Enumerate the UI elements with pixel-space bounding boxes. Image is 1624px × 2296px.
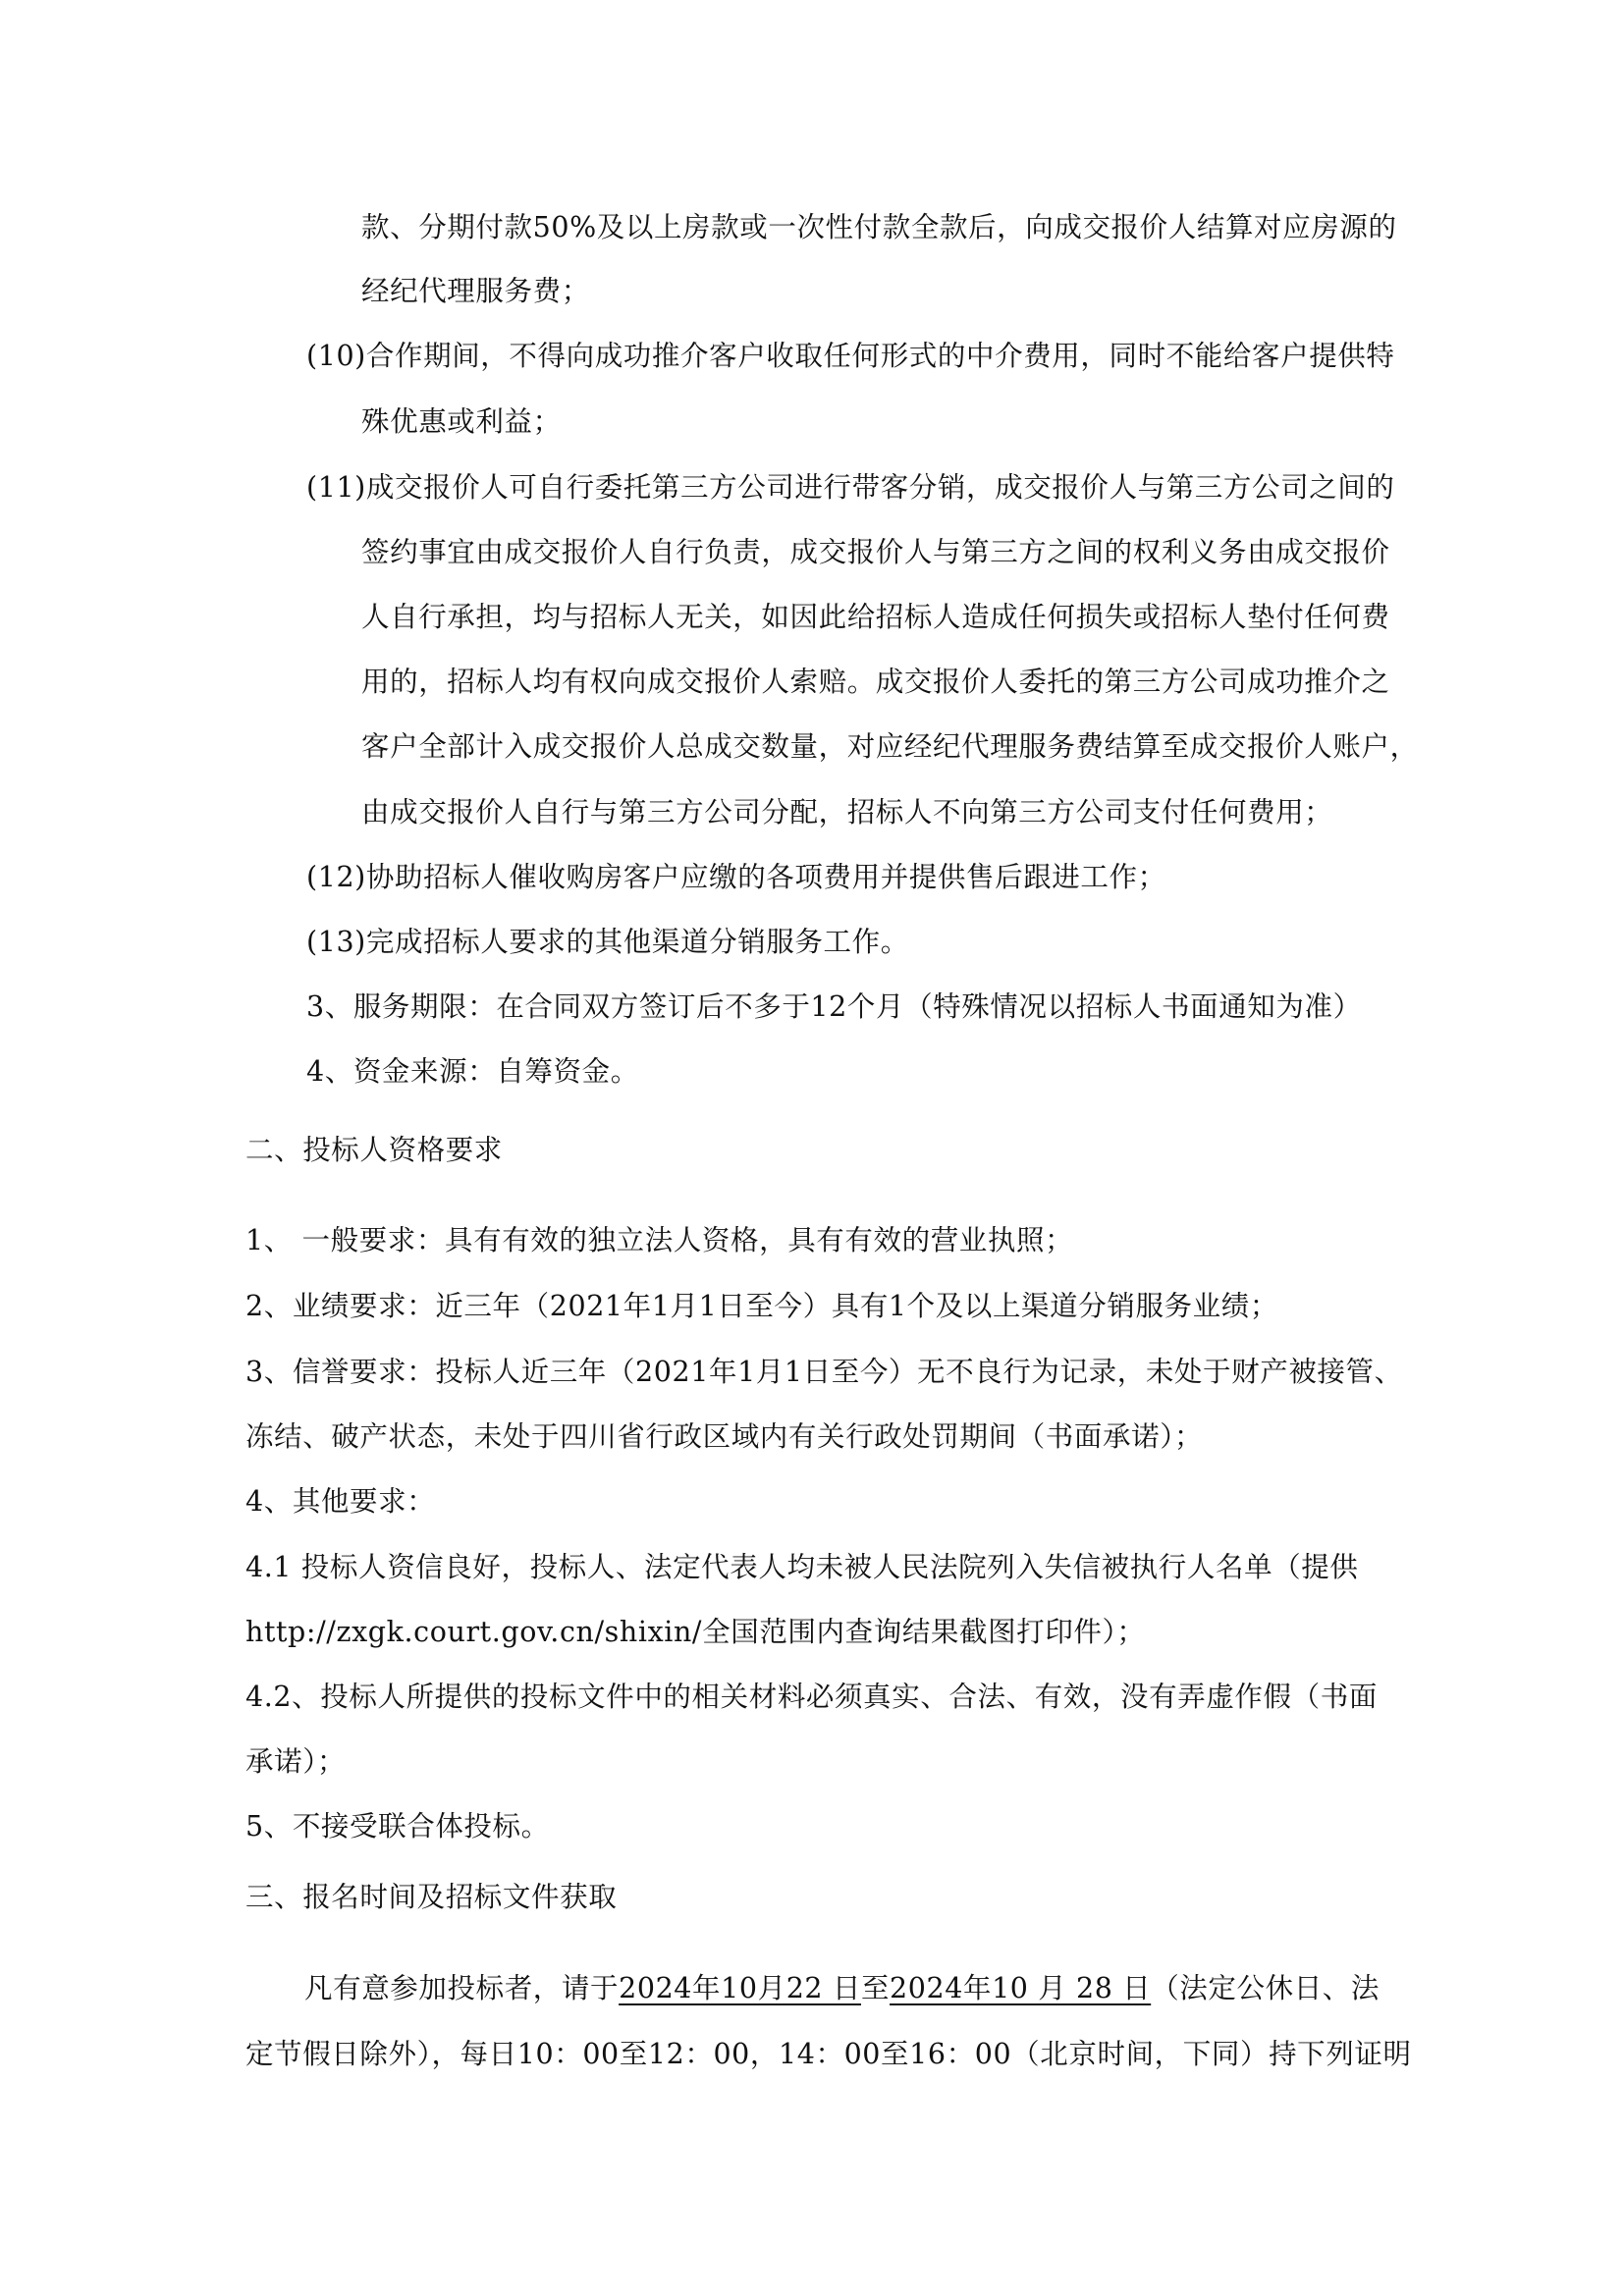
requirement-2: 2、业绩要求：近三年（2021年1月1日至今）具有1个及以上渠道分销服务业绩； [245, 1290, 1278, 1323]
requirement-4: 4、其他要求： [245, 1485, 435, 1519]
requirement-4-2-line-1: 4.2、投标人所提供的投标文件中的相关材料必须真实、合法、有效，没有弄虚作假（书… [245, 1681, 1378, 1714]
item-10-line-2: 殊优惠或利益； [361, 405, 562, 439]
section-3-heading: 三、报名时间及招标文件获取 [245, 1881, 617, 1914]
registration-suffix: （法定公休日、法 [1151, 1972, 1380, 2004]
section-2-heading: 二、投标人资格要求 [245, 1134, 503, 1167]
item-13: (13)完成招标人要求的其他渠道分销服务工作。 [306, 926, 909, 959]
registration-end-date: 2024年10 月 28 日 [890, 1972, 1151, 2004]
item-12: (12)协助招标人催收购房客户应缴的各项费用并提供售后跟进工作； [306, 861, 1166, 894]
registration-paragraph-line-2: 定节假日除外），每日10：00至12：00，14：00至16：00（北京时间，下… [245, 2038, 1412, 2071]
requirement-1: 1、 一般要求：具有有效的独立法人资格，具有有效的营业执照； [245, 1224, 1073, 1257]
requirement-5: 5、不接受联合体投标。 [245, 1810, 550, 1843]
registration-start-date: 2024年10月22 日 [619, 1972, 861, 2004]
registration-paragraph-line-1: 凡有意参加投标者，请于2024年10月22 日至2024年10 月 28 日（法… [304, 1972, 1380, 2005]
requirement-4-1-line-1: 4.1 投标人资信良好，投标人、法定代表人均未被人民法院列入失信被执行人名单（提… [245, 1551, 1359, 1584]
document-page: 款、分期付款50%及以上房款或一次性付款全款后，向成交报价人结算对应房源的 经纪… [0, 0, 1624, 2296]
registration-to: 至 [861, 1972, 890, 2004]
item-11-line-5: 客户全部计入成交报价人总成交数量，对应经纪代理服务费结算至成交报价人账户， [361, 730, 1419, 764]
item-9-continuation-line-1: 款、分期付款50%及以上房款或一次性付款全款后，向成交报价人结算对应房源的 [361, 211, 1397, 244]
item-11-line-2: 签约事宜由成交报价人自行负责，成交报价人与第三方之间的权利义务由成交报价 [361, 536, 1390, 569]
requirement-4-2-line-2: 承诺）； [245, 1745, 346, 1779]
requirement-3-line-1: 3、信誉要求：投标人近三年（2021年1月1日至今）无不良行为记录，未处于财产被… [245, 1356, 1403, 1389]
service-period: 3、服务期限：在合同双方签订后不多于12个月（特殊情况以招标人书面通知为准） [306, 990, 1362, 1024]
requirement-3-line-2: 冻结、破产状态，未处于四川省行政区域内有关行政处罚期间（书面承诺）； [245, 1420, 1203, 1454]
item-11-line-1: (11)成交报价人可自行委托第三方公司进行带客分销，成交报价人与第三方公司之间的 [306, 471, 1395, 505]
registration-prefix: 凡有意参加投标者，请于 [304, 1972, 619, 2004]
item-11-line-3: 人自行承担，均与招标人无关，如因此给招标人造成任何损失或招标人垫付任何费 [361, 601, 1390, 634]
item-11-line-4: 用的，招标人均有权向成交报价人索赔。成交报价人委托的第三方公司成功推介之 [361, 666, 1390, 699]
item-11-line-6: 由成交报价人自行与第三方公司分配，招标人不向第三方公司支付任何费用； [361, 796, 1332, 829]
item-9-continuation-line-2: 经纪代理服务费； [361, 275, 590, 308]
requirement-4-1-line-2: http://zxgk.court.gov.cn/shixin/全国范围内查询结… [245, 1616, 1145, 1649]
item-10-line-1: (10)合作期间，不得向成功推介客户收取任何形式的中介费用，同时不能给客户提供特 [306, 340, 1395, 373]
fund-source: 4、资金来源：自筹资金。 [306, 1055, 639, 1089]
